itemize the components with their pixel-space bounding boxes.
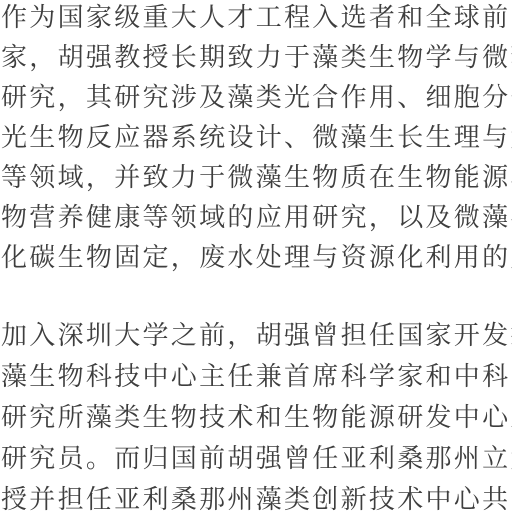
paragraph-line: 光生物反应器系统设计、微藻生长生理与大规模培养 xyxy=(1,123,512,153)
paragraph-line: 化碳生物固定，废水处理与资源化利用的应用开发。 xyxy=(1,243,512,273)
paragraph-line: 授并担任亚利桑那州藻类创新技术中心共同主任。 xyxy=(1,485,512,515)
paragraph-line: 物营养健康等领域的应用研究，以及微藻在工业二氧 xyxy=(1,203,512,233)
paragraph-line: 研究员。而归国前胡强曾任亚利桑那州立大学终身教 xyxy=(1,444,512,474)
paragraph-line: 作为国家级重大人才工程入选者和全球前2%顶尖科学 xyxy=(1,3,512,33)
paragraph-line: 加入深圳大学之前，胡强曾担任国家开发投资公司微 xyxy=(1,321,512,351)
paragraph-line: 等领域，并致力于微藻生物质在生物能源、人类和动 xyxy=(1,163,512,193)
paragraph-line: 家，胡强教授长期致力于藻类生物学与微藻生物技术 xyxy=(1,43,512,73)
paragraph-line: 研究所藻类生物技术和生物能源研发中心主任和特聘 xyxy=(1,403,512,433)
paragraph-line: 藻生物科技中心主任兼首席科学家和中科院水生生物 xyxy=(1,362,512,392)
paragraph-line: 研究，其研究涉及藻类光合作用、细胞分子生物学、 xyxy=(1,83,512,113)
